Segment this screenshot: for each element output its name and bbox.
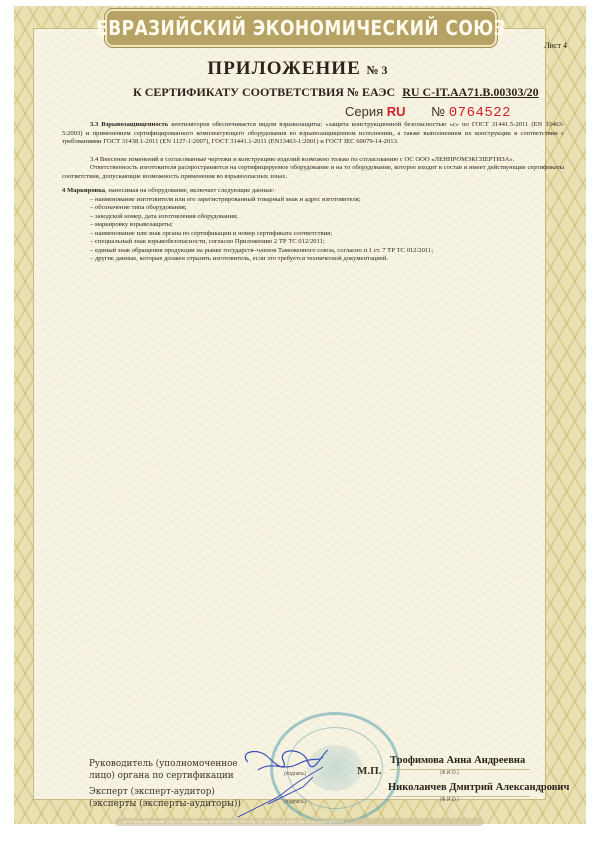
signature-icon <box>228 742 348 822</box>
marking-list: – наименование изготовителя или его заре… <box>62 196 564 264</box>
list-item: – маркировку взрывозащиты; <box>90 221 564 230</box>
union-title: ЕВРАЗИЙСКИЙ ЭКОНОМИЧЕСКИЙ СОЮЗ <box>96 16 506 40</box>
fio-caption: (Ф.И.О.) <box>440 770 459 776</box>
list-item: – другие данные, которые должен отразить… <box>90 255 564 264</box>
signature-caption: (подпись) <box>284 799 306 805</box>
certificate-prefix: К СЕРТИФИКАТУ СООТВЕТСТВИЯ № ЕАЭС <box>133 85 395 99</box>
series-code: RU <box>387 104 406 119</box>
form-series: Серия RU № 0764522 <box>345 104 511 121</box>
appendix-title-text: ПРИЛОЖЕНИЕ <box>207 58 360 79</box>
appendix-number: № 3 <box>367 63 388 77</box>
list-item: – наименование или знак органа по сертиф… <box>90 230 564 239</box>
list-item: – обозначение типа оборудования; <box>90 204 564 213</box>
clause-3-4: 3.4 Внесение изменений в согласованные ч… <box>62 156 564 165</box>
certificate-reference: К СЕРТИФИКАТУ СООТВЕТСТВИЯ № ЕАЭС RU C-I… <box>133 85 539 100</box>
certificate-number: RU C-IT.AA71.B.00303/20 <box>402 85 538 99</box>
clause-4: 4 Маркировка, наносимая на оборудование,… <box>62 187 564 196</box>
appendix-title: ПРИЛОЖЕНИЕ № 3 <box>0 58 595 80</box>
expert-label: Эксперт (эксперт-аудитор) (эксперты (экс… <box>89 786 241 810</box>
expert-name: Николаичев Дмитрий Александрович <box>388 782 569 793</box>
fio-caption: (Ф.И.О.) <box>440 797 459 803</box>
signature-caption: (подпись) <box>284 771 306 777</box>
head-name: Трофимова Анна Андреевна <box>390 755 525 766</box>
sheet-number: Лист 4 <box>544 41 567 50</box>
seal-place: М.П. <box>357 765 381 777</box>
number-label: № <box>431 104 445 119</box>
series-label: Серия <box>345 104 383 119</box>
list-item: – наименование изготовителя или его заре… <box>90 196 564 205</box>
list-item: – заводской номер, дата изготовления обо… <box>90 213 564 222</box>
responsibility-clause: Ответственность изготовителя распростран… <box>62 164 564 181</box>
printer-imprint: АО «Опцион», Москва, 2019 г., «Б», Лицен… <box>115 818 483 826</box>
certificate-body: 3.3 Взрывозащищенность вентиляторов обес… <box>62 121 564 264</box>
list-item: – специальный знак взрывобезопасности, с… <box>90 238 564 247</box>
union-banner: ЕВРАЗИЙСКИЙ ЭКОНОМИЧЕСКИЙ СОЮЗ <box>105 9 497 47</box>
head-label: Руководитель (уполномоченное лицо) орган… <box>89 758 238 782</box>
divider <box>390 796 530 797</box>
list-item: – единый знак обращения продукции на рын… <box>90 247 564 256</box>
clause-3-3: 3.3 Взрывозащищенность вентиляторов обес… <box>62 121 564 147</box>
form-number: 0764522 <box>449 105 511 121</box>
divider <box>390 769 530 770</box>
